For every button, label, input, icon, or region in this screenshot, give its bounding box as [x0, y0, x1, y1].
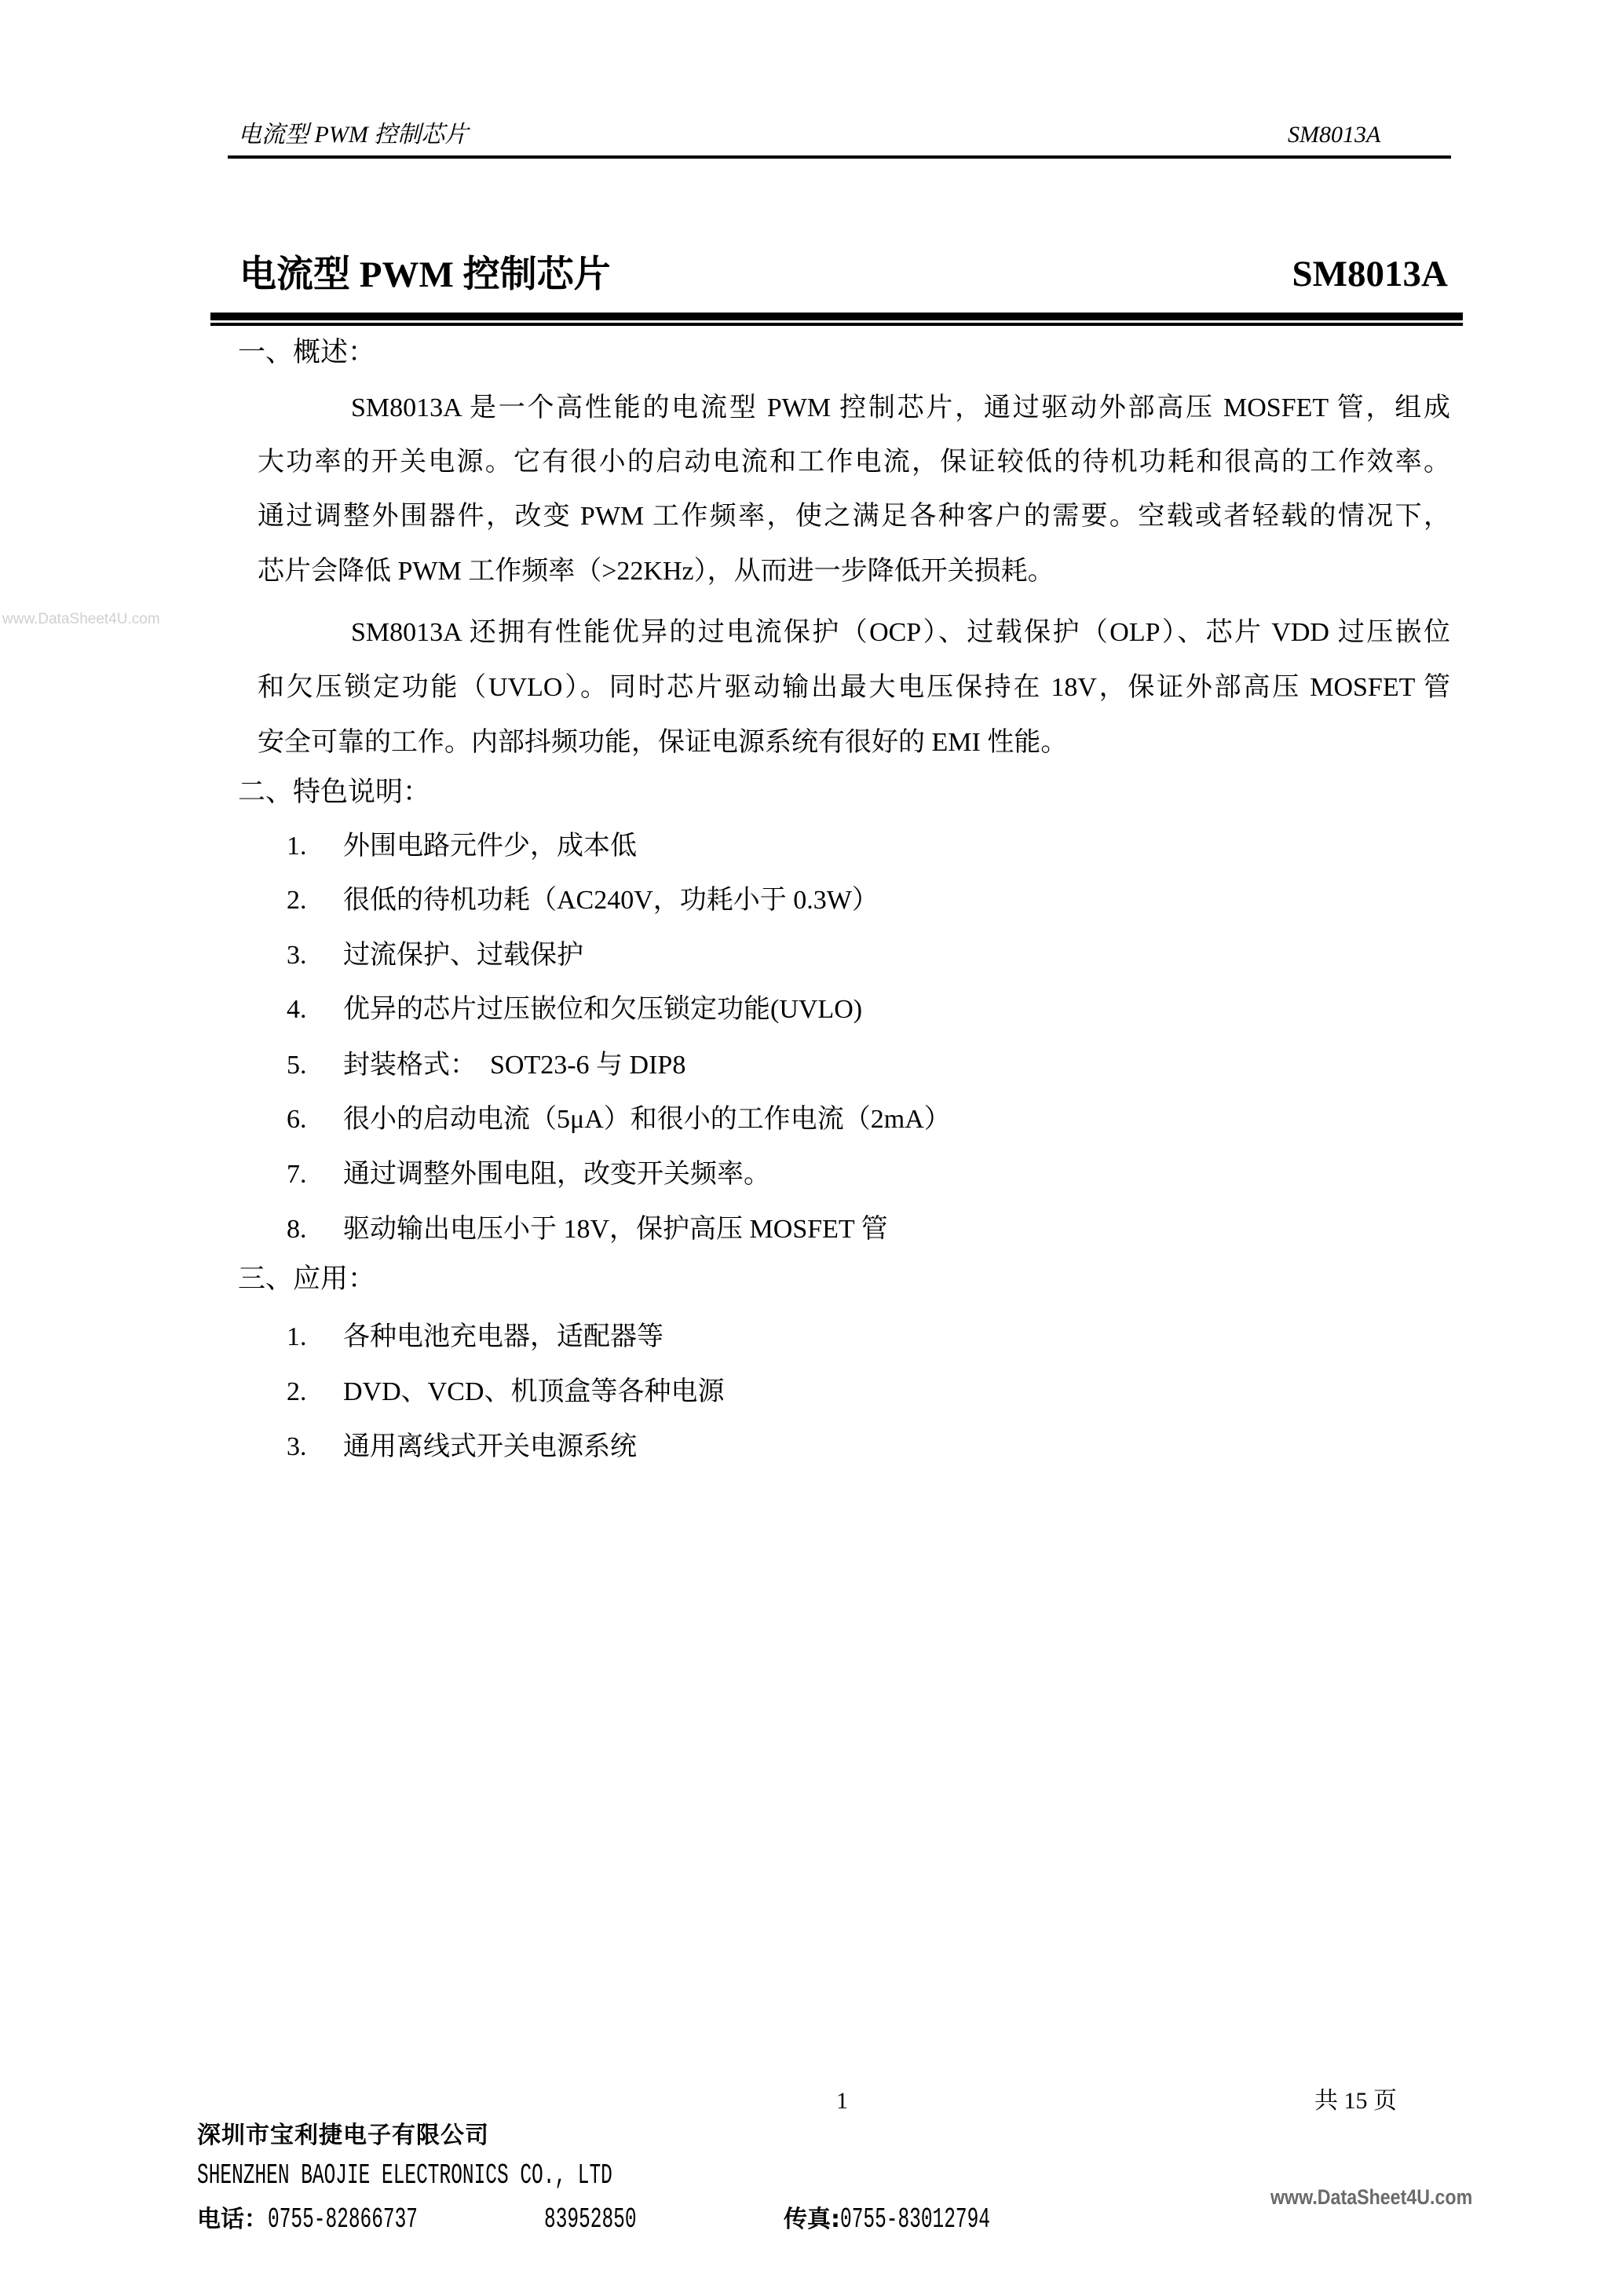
document-part-number: SM8013A — [1281, 254, 1448, 294]
paragraph-line: 大功率的开关电源。它有很小的启动电流和工作电流，保证较低的待机功耗和很高的工作效… — [258, 447, 1450, 478]
fax-row: 传真:0755-83012794 — [784, 2204, 1061, 2236]
list-item-number: 2. — [287, 1377, 307, 1408]
list-item-number: 5. — [287, 1050, 307, 1081]
paragraph-line: 芯片会降低 PWM 工作频率（>22KHz），从而进一步降低开关损耗。 — [258, 556, 1055, 587]
section-heading-applications: 三、应用： — [238, 1263, 375, 1295]
list-item-number: 6. — [287, 1104, 307, 1135]
list-item-text: 通过调整外围电阻，改变开关频率。 — [343, 1159, 770, 1190]
list-item-text: 外围电路元件少，成本低 — [343, 831, 637, 862]
list-item-text: 封装格式： SOT23-6 与 DIP8 — [343, 1050, 685, 1081]
running-header-part-number: SM8013A — [1288, 121, 1380, 149]
list-item-number: 1. — [287, 1322, 307, 1353]
title-rule-thin — [210, 323, 1463, 326]
telephone-row: 电话：0755-82866737 — [197, 2204, 488, 2236]
paragraph-line: 安全可靠的工作。内部抖频功能，保证电源系统有很好的 EMI 性能。 — [258, 727, 1067, 759]
list-item-text: 各种电池充电器，适配器等 — [343, 1322, 663, 1353]
paragraph-line: 通过调整外围器件，改变 PWM 工作频率，使之满足各种客户的需要。空载或者轻载的… — [258, 501, 1450, 532]
title-rule-thick — [210, 313, 1463, 320]
list-item-text: 优异的芯片过压嵌位和欠压锁定功能(UVLO) — [343, 994, 862, 1026]
fax-number: 0755-83012794 — [840, 2204, 990, 2236]
list-item-text: 很小的启动电流（5μA）和很小的工作电流（2mA） — [343, 1104, 951, 1135]
watermark-left: www.DataSheet4U.com — [2, 611, 160, 628]
header-rule — [228, 155, 1451, 159]
telephone-number-2: 83952850 — [544, 2204, 637, 2236]
telephone-number-1: 0755-82866737 — [268, 2204, 418, 2236]
list-item-text: DVD、VCD、机顶盒等各种电源 — [343, 1377, 724, 1408]
list-item-text: 很低的待机功耗（AC240V，功耗小于 0.3W） — [343, 885, 879, 916]
section-heading-overview: 一、概述： — [238, 337, 375, 368]
list-item-text: 过流保护、过载保护 — [343, 940, 583, 971]
total-pages: 共 15 页 — [1314, 2087, 1397, 2115]
list-item-number: 4. — [287, 994, 307, 1026]
list-item-number: 8. — [287, 1214, 307, 1245]
fax-label: 传真: — [784, 2206, 840, 2233]
paragraph-line: SM8013A 是一个高性能的电流型 PWM 控制芯片，通过驱动外部高压 MOS… — [351, 393, 1450, 424]
document-title: 电流型 PWM 控制芯片 — [239, 254, 611, 295]
company-name-cn: 深圳市宝利捷电子有限公司 — [197, 2122, 489, 2150]
company-name-en: SHENZHEN BAOJIE ELECTRONICS CO., LTD — [197, 2160, 612, 2192]
paragraph-line: SM8013A 还拥有性能优异的过电流保护（OCP）、过载保护（OLP）、芯片 … — [351, 617, 1450, 649]
section-heading-features: 二、特色说明： — [238, 777, 430, 808]
running-header-title: 电流型 PWM 控制芯片 — [238, 121, 468, 149]
paragraph-line: 和欠压锁定功能（UVLO）。同时芯片驱动输出最大电压保持在 18V，保证外部高压… — [258, 672, 1450, 704]
list-item-number: 1. — [287, 831, 307, 862]
list-item-number: 3. — [287, 1431, 307, 1463]
list-item-number: 7. — [287, 1159, 307, 1190]
list-item-text: 通用离线式开关电源系统 — [343, 1431, 637, 1463]
telephone-label: 电话： — [197, 2206, 268, 2233]
list-item-number: 2. — [287, 885, 307, 916]
list-item-text: 驱动输出电压小于 18V，保护高压 MOSFET 管 — [343, 1214, 888, 1245]
telephone-number-2-wrap: 83952850 — [544, 2204, 680, 2236]
list-item-number: 3. — [287, 940, 307, 971]
watermark-right: www.DataSheet4U.com — [1270, 2186, 1472, 2208]
page-number: 1 — [836, 2087, 848, 2115]
